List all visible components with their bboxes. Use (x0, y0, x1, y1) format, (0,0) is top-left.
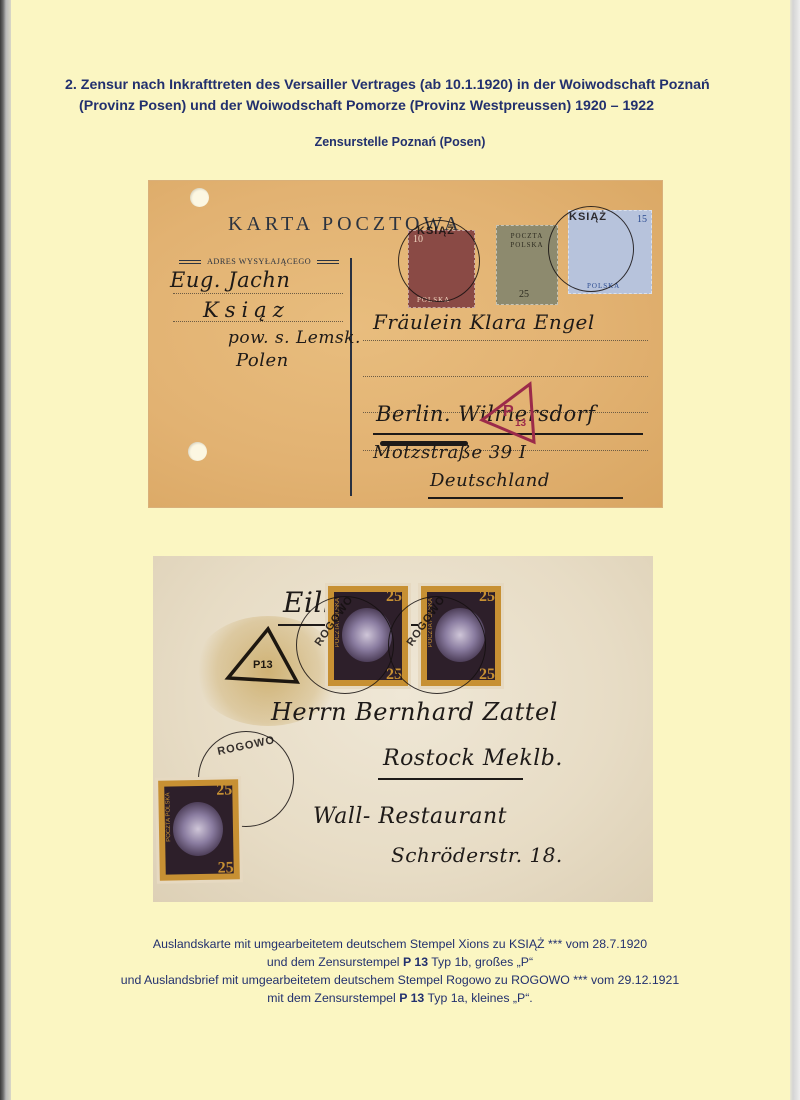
postmark-rogowo-1: ROGOWO (296, 596, 394, 694)
page-subheading: Zensurstelle Poznań (Posen) (0, 135, 800, 149)
recipient-country: Deutschland (430, 470, 550, 491)
postcard-image: KARTA POCZTOWA ADRES WYSYŁAJĄCEGO Eug. J… (148, 180, 663, 508)
dotted-line (173, 293, 343, 294)
recipient-address-1: Wall- Restaurant (313, 804, 507, 829)
dotted-line (363, 340, 648, 341)
punch-hole-bottom (188, 442, 207, 461)
recipient-address-2: Schröderstr. 18. (391, 843, 563, 867)
caption-line-3: und Auslandsbrief mit umgearbeitetem deu… (0, 971, 800, 989)
sender-district: pow. s. Lemsk. (228, 328, 361, 348)
heading-line-1: 2. Zensur nach Inkrafttreten des Versail… (65, 77, 710, 93)
sender-country: Polen (236, 350, 289, 371)
postcard-divider (350, 258, 352, 496)
sender-label: ADRES WYSYŁAJĄCEGO (173, 257, 345, 266)
city-underline (378, 778, 523, 780)
page-heading: 2. Zensur nach Inkrafttreten des Versail… (65, 75, 765, 117)
caption: Auslandskarte mit umgearbeitetem deutsch… (0, 935, 800, 1007)
caption-line-1: Auslandskarte mit umgearbeitetem deutsch… (0, 935, 800, 953)
postmark-rogowo-2: ROGOWO (388, 596, 486, 694)
dotted-line (363, 376, 648, 377)
country-underline (428, 497, 623, 499)
heading-line-2: (Provinz Posen) und der Woiwodschaft Pom… (65, 96, 765, 117)
recipient-name: Fräulein Klara Engel (373, 310, 595, 334)
postmark-ksiaz-1: KSIĄŻ (398, 220, 480, 302)
recipient-city: Rostock Meklb. (383, 746, 563, 771)
sender-town: Ksiąz (203, 298, 290, 322)
postmark-ksiaz-2: KSIĄŻ (548, 206, 634, 292)
recipient-name: Herrn Bernhard Zattel (271, 698, 558, 726)
caption-line-2: und dem Zensurstempel P 13 Typ 1b, große… (0, 953, 800, 971)
sender-name: Eug. Jachn (170, 268, 290, 292)
censor-mark-p13-black (223, 626, 303, 686)
punch-hole-top (190, 188, 209, 207)
caption-line-4: mit dem Zensurstempel P 13 Typ 1a, klein… (0, 989, 800, 1007)
stamp-25-3: 25 25 POCZTA POLSKA (158, 779, 240, 880)
envelope-image: Eilbrief P13 25 25 POCZTA POLSKA 25 25 P… (153, 556, 653, 902)
